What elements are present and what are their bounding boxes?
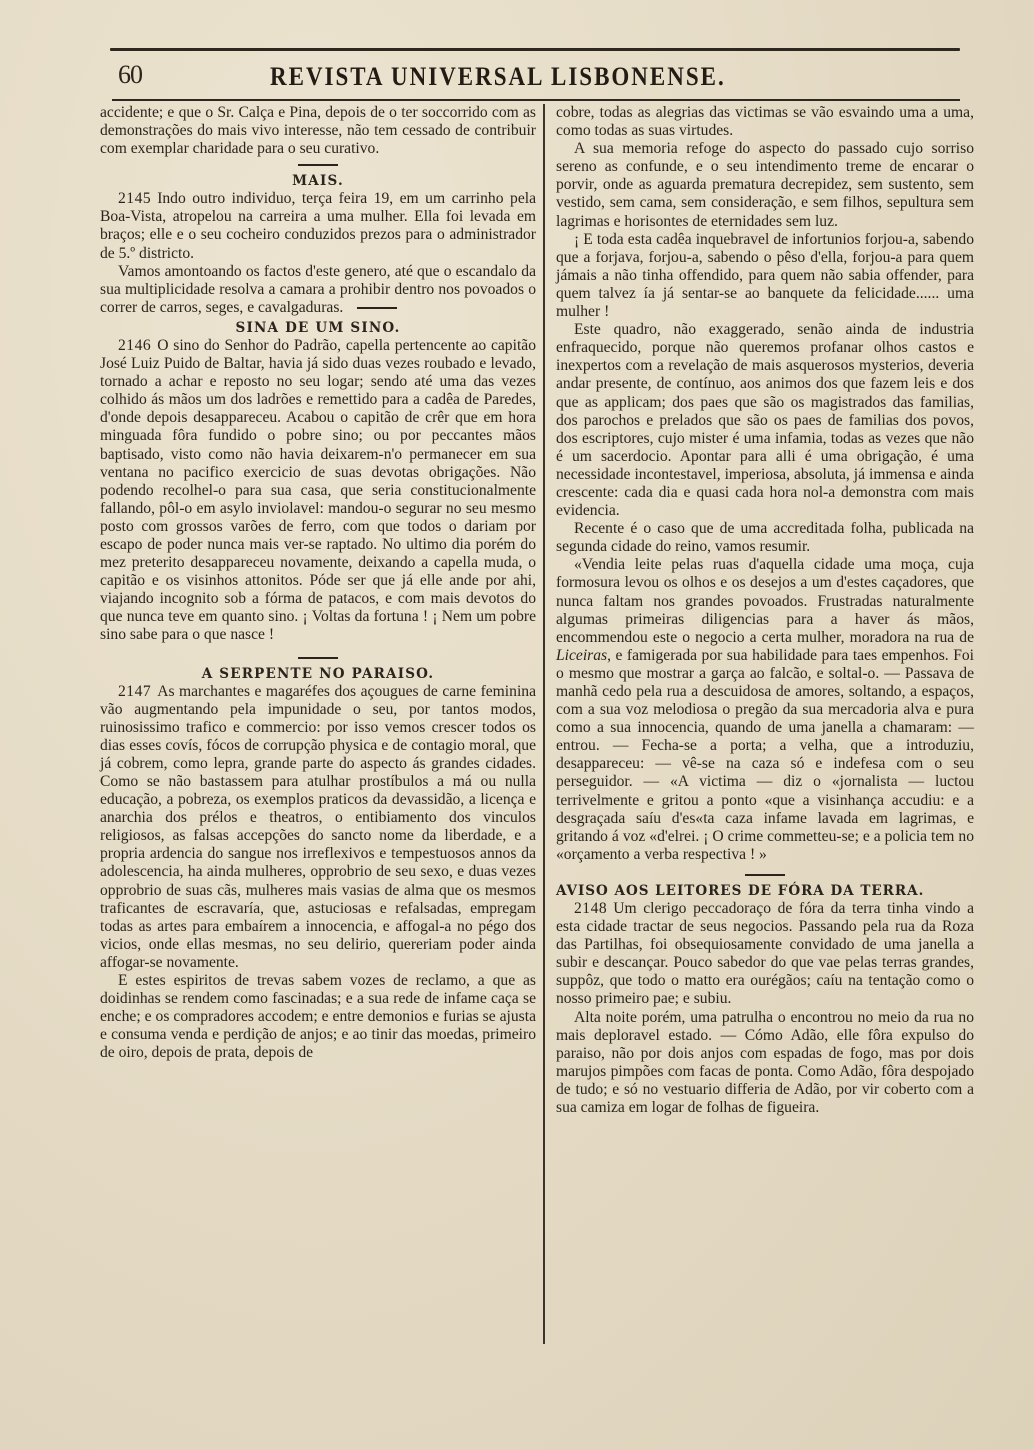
article-2145: 2145Indo outro individuo, terça feira 19…: [100, 190, 536, 262]
article-number: 2146: [118, 337, 151, 354]
heading-aviso-aos-leitores: AVISO AOS LEITORES DE FÓRA DA TERRA.: [556, 882, 974, 900]
article-number: 2148: [574, 900, 607, 917]
paragraph-recente: Recente é o caso que de uma accreditada …: [556, 520, 974, 556]
street-name: Liceiras: [556, 647, 607, 664]
page-number: 60: [118, 60, 142, 90]
paragraph-vamos: Vamos amontoando os factos d'este genero…: [100, 263, 536, 317]
left-column: accidente; e que o Sr. Calça e Pina, dep…: [100, 104, 536, 1063]
header-rule: [112, 99, 960, 101]
page-header: 60 REVISTA UNIVERSAL LISBONENSE.: [110, 58, 960, 92]
paragraph-cadea: ¡ E toda esta cadêa inquebravel de infor…: [556, 231, 974, 321]
heading-a-serpente-no-paraiso: A SERPENTE NO PARAISO.: [100, 665, 536, 683]
paragraph-espiritos: E estes espiritos de trevas sabem vozes …: [100, 972, 536, 1062]
article-2146: 2146O sino do Senhor do Padrão, capella …: [100, 337, 536, 645]
paragraph-memoria: A sua memoria refoge do aspecto do passa…: [556, 140, 974, 230]
top-decorative-rule: [110, 48, 960, 51]
section-divider: [745, 874, 785, 876]
section-divider: [298, 164, 338, 166]
right-column: cobre, todas as alegrias das victimas se…: [556, 104, 974, 1117]
paragraph-accidente: accidente; e que o Sr. Calça e Pina, dep…: [100, 104, 536, 158]
article-2147: 2147As marchantes e magaréfes dos açougu…: [100, 683, 536, 973]
section-divider: [298, 657, 338, 659]
heading-mais: MAIS.: [100, 172, 536, 190]
column-divider: [543, 104, 545, 1344]
heading-sina-de-um-sino: SINA DE UM SINO.: [100, 319, 536, 337]
paragraph-cobre: cobre, todas as alegrias das victimas se…: [556, 104, 974, 140]
section-divider: [357, 307, 397, 309]
paragraph-alta-noite: Alta noite porém, uma patrulha o encontr…: [556, 1009, 974, 1118]
journal-title: REVISTA UNIVERSAL LISBONENSE.: [270, 62, 726, 92]
article-2148: 2148Um clerigo peccadoraço de fóra da te…: [556, 900, 974, 1009]
article-number: 2147: [118, 683, 151, 700]
article-number: 2145: [118, 190, 151, 207]
paragraph-vendia-leite: «Vendia leite pelas ruas d'aquella cidad…: [556, 556, 974, 864]
paragraph-quadro: Este quadro, não exaggerado, senão ainda…: [556, 321, 974, 520]
